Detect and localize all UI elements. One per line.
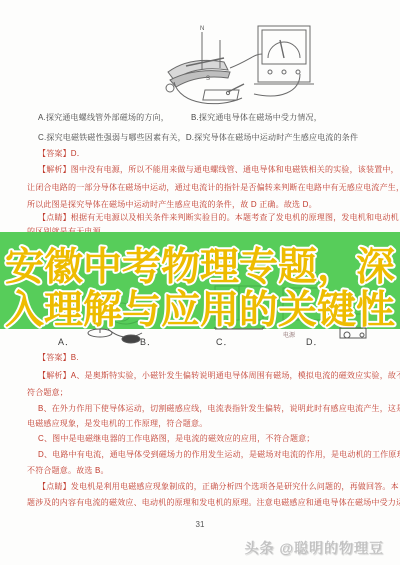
figure-d-fragment [340,328,366,338]
q6-analysis-line: 符合题意； [27,387,68,398]
q5-analysis-line: 所以此图是探究导体在磁场中运动时产生感应电流的条件，故 D 正确。故选 D。 [27,199,317,210]
q5-answer: 【答案】D． [38,148,85,159]
q6-option-label-d: D． [306,335,324,348]
q6-analysis-line: B、在外力作用下使导体运动，切割磁感应线，电流表指针发生偏转，说明此时有感应电流… [38,403,400,414]
watermark: 头条 @聪明的物理豆 [244,538,384,558]
banner-headline: 安徽中考物理专题，深 入理解与应用的关键性 [0,232,400,329]
banner-headline-line1: 安徽中考物理专题，深 [5,246,395,290]
q5-options-line1: A.探究通电螺线管外部磁场的方向，B.探究通电导体在磁场中受力情况， [38,112,322,123]
horseshoe-magnet-icon [166,32,230,92]
q5-options-line2: C.探究电磁铁磁性强弱与哪些因素有关，D.探究导体在磁场中运动时产生感应电流的条… [38,132,358,143]
q6-note-line: 【点睛】发电机是利用电磁感应现象制成的，正确分析四个选项各是研究什么问题的，再做… [38,481,399,492]
q6-option-label-c: C． [216,335,234,348]
q5-analysis-line: 让闭合电路的一部分导体在磁场中运动，通过电流计的指针是否偏转来判断在电路中有无感… [27,182,400,193]
q6-option-label-a: A． [58,335,75,348]
magnet-s-label: S [206,76,210,82]
power-source-label: 电源 [283,331,296,339]
wire-path [230,54,262,68]
magnet-n-label: N [200,26,204,32]
galvanometer-icon [254,26,314,84]
q6-note-line: 题涉及的内容有电流的磁效应、电动机的原理和发电机的原理。注意电磁感应和通电导体在… [27,497,400,508]
q5-option-a: A.探究通电螺线管外部磁场的方向， [38,113,169,122]
q5-note-line: 【点睛】根据有无电源以及相关条件来判断实验目的。本题考查了发电机的原理图，发电机… [38,212,399,223]
exam-page: N S A.探究通电螺线管外部磁场的方向，B.探究通电导体在磁场中受力情况， C… [0,0,400,565]
q6-analysis-line: D、电路中有电流，通电导体受到磁场力的作用发生运动，是磁场对电流的作用，是电动机… [38,449,400,460]
figure-c-fragment [215,327,263,329]
q5-option-c: C.探究电磁铁磁性强弱与哪些因素有关， [38,133,186,142]
q5-option-b: B.探究通电导体在磁场中受力情况， [191,113,322,122]
promo-banner: 6.（2019·贵港市覃塘区中考一模）如图所示的四个电磁实验中，能够说明“发电机… [0,232,400,329]
induction-experiment-figure: N S [150,10,345,110]
page-number: 31 [0,520,400,529]
q6-analysis-line: 不符合题意。故选 B。 [27,465,109,476]
q5-option-d: D.探究导体在磁场中运动时产生感应电流的条件 [186,133,358,142]
switch-icon [203,84,244,100]
q6-option-label-b: B． [140,335,157,348]
q6-answer: 【答案】B. [38,352,79,363]
q6-analysis-line: 【解析】A、是奥斯特实验，小磁针发生偏转说明通电导体周围有磁场，模拟电流的磁效应… [38,370,400,381]
figure-b-fragment [108,329,142,343]
q5-analysis-line: 【解析】图中没有电源，所以不能用来做与通电螺线管、通电导体和电磁铁相关的实验，该… [38,164,399,175]
wire-path [254,74,300,96]
q6-analysis-line: C、图中是电磁继电器的工作电路图，是电流的磁效应的应用，不符合题意； [38,433,315,444]
banner-headline-line2: 入理解与应用的关键性 [5,289,395,329]
figure-a-fragment [88,329,112,337]
q6-analysis-line: 电磁感应现象，是发电机的工作原理，符合题意。 [27,418,207,429]
